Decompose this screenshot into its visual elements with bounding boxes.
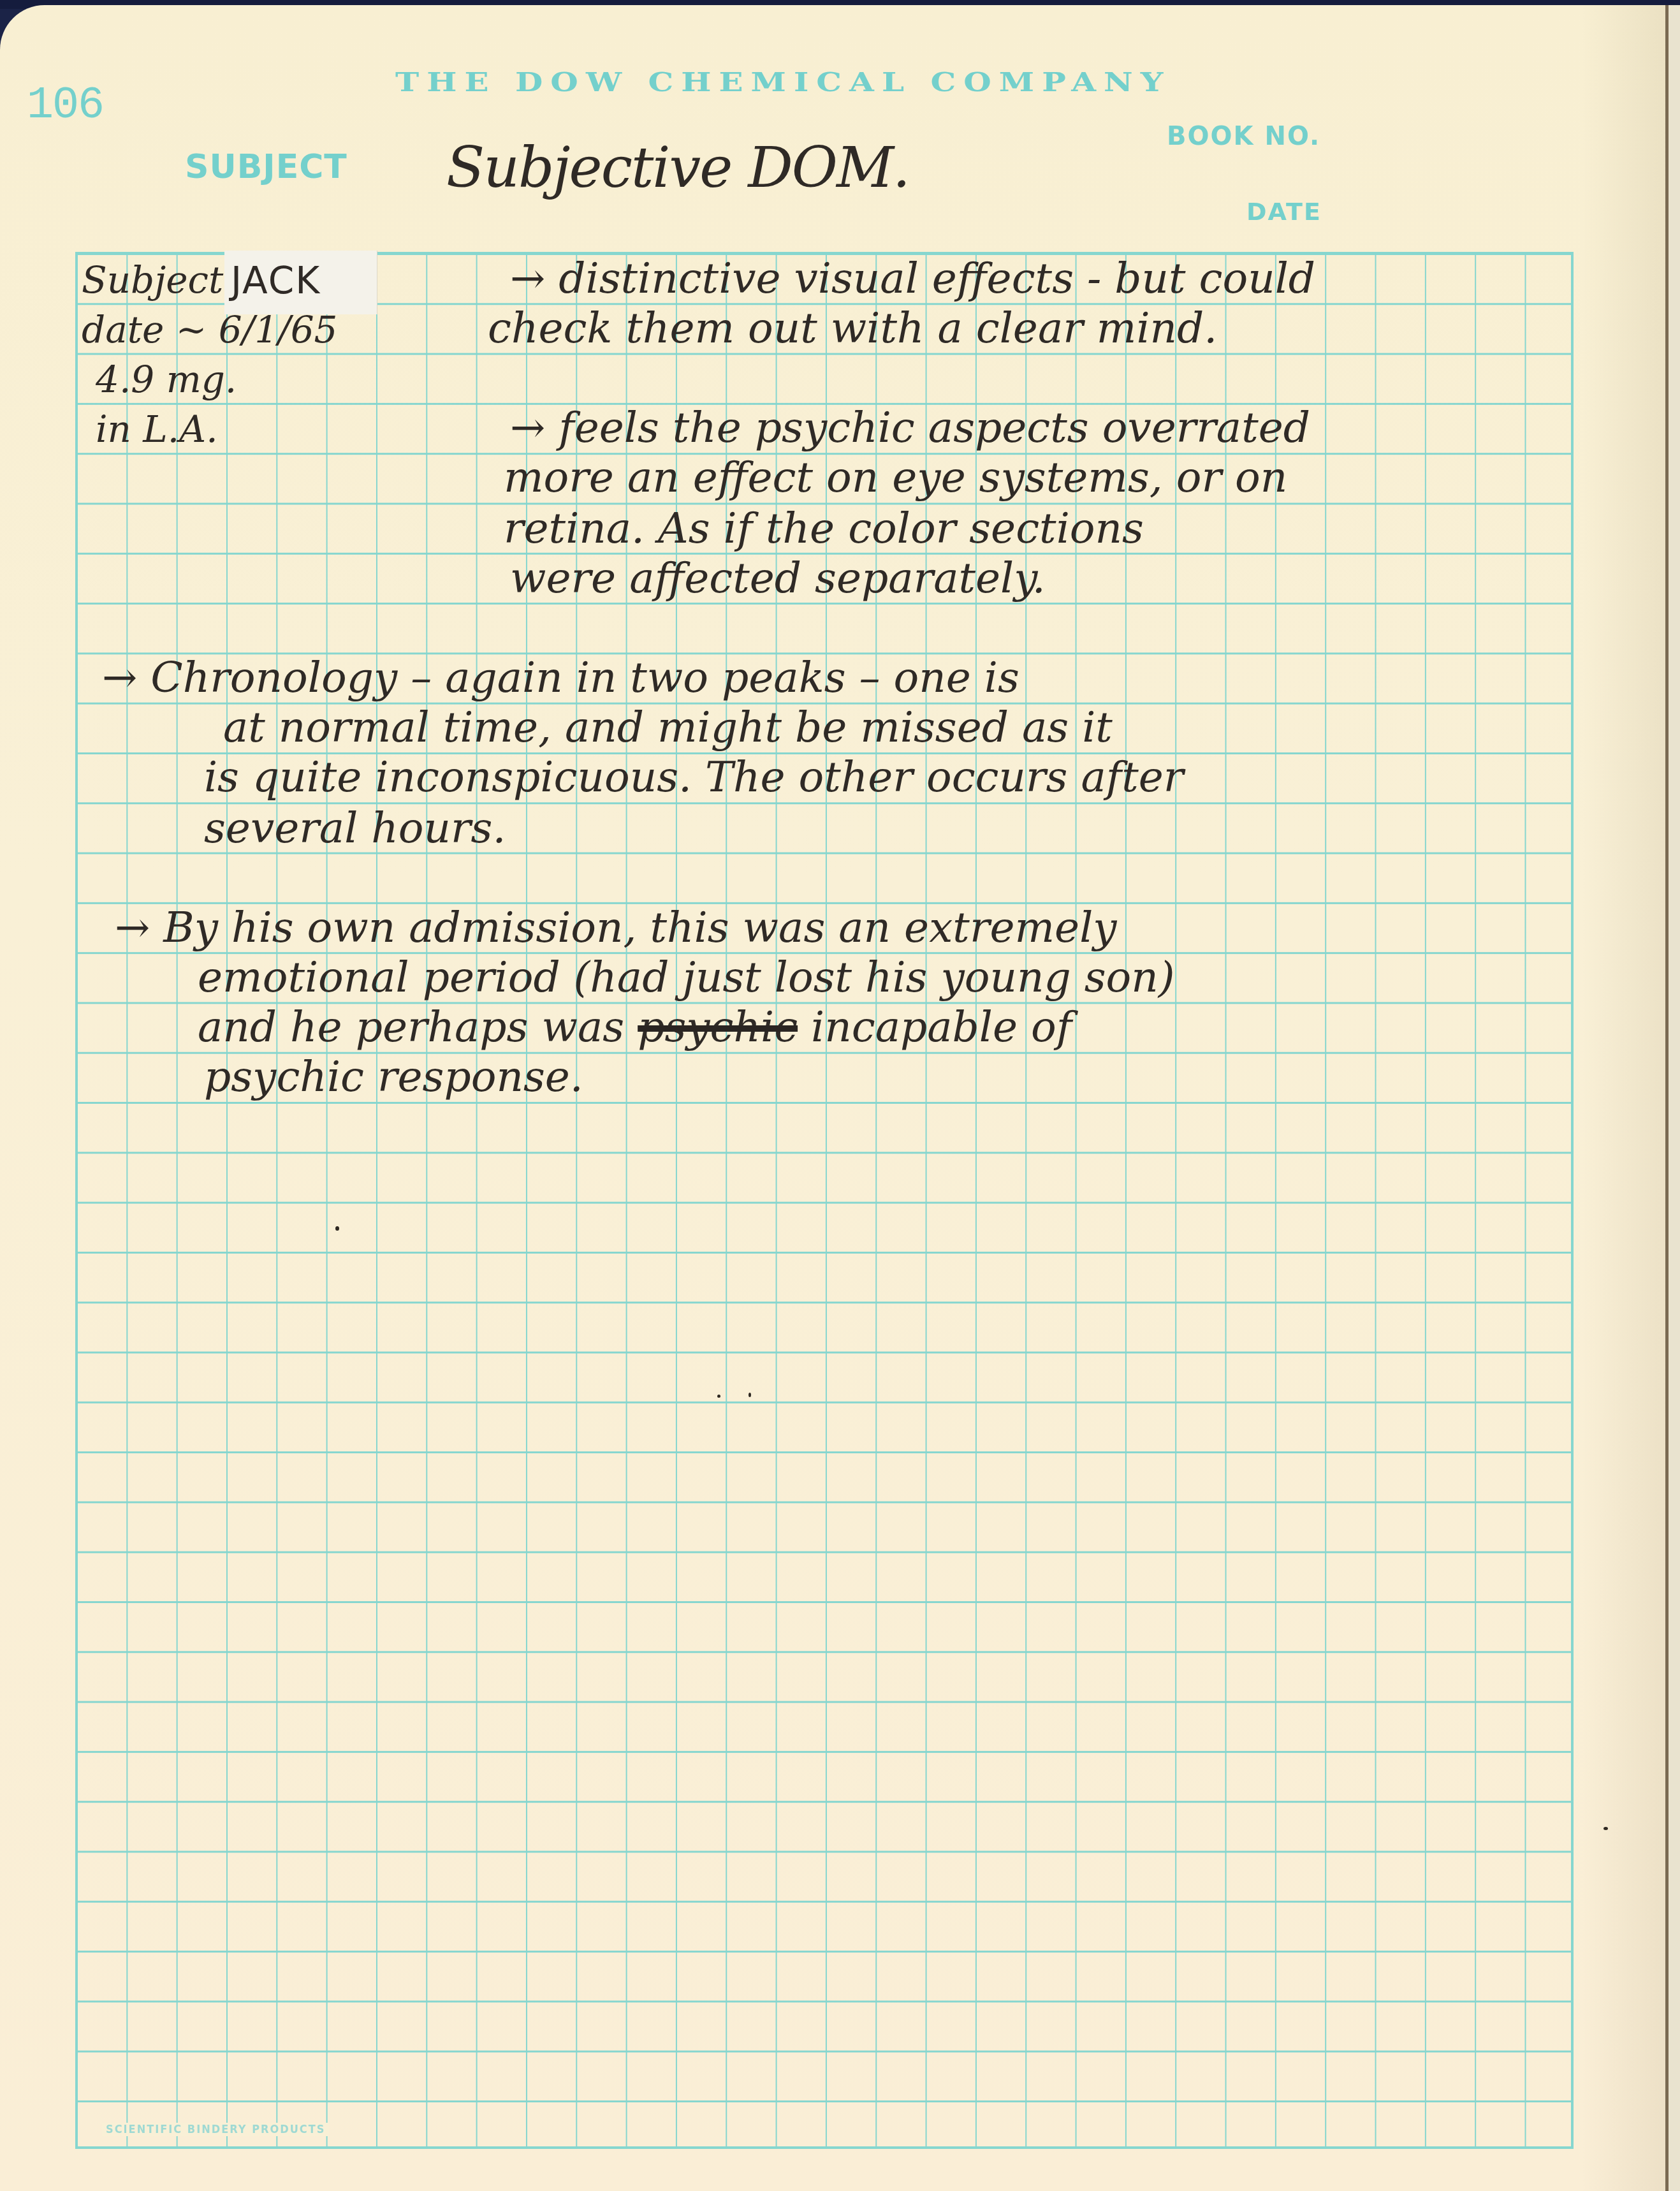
underlying-pages [1669, 5, 1680, 2191]
note-3-line-2: at normal time, and might be missed as i… [223, 703, 1113, 752]
note-1-line-2: check them out with a clear mind. [488, 304, 1217, 353]
ink-speck [335, 1226, 339, 1231]
footer-brand: SCIENTIFIC BINDERY PRODUCTS [102, 2123, 329, 2136]
subject-value-handwritten: Subjective DOM. [446, 133, 909, 203]
note-4-line-2: emotional period (had just lost his youn… [198, 953, 1175, 1002]
margin-location-line: in L.A. [96, 404, 218, 454]
note-1-line-1: → distinctive visual effects - but could [510, 254, 1315, 304]
note-4-line-1: → By his own admission, this was an extr… [115, 903, 1117, 953]
note-4-line-3-text: and he perhaps was [198, 1002, 624, 1052]
note-4-line-3: and he perhaps was psychic incapable of [198, 1002, 1072, 1052]
date-label: DATE [1246, 198, 1322, 225]
note-4-line-3-rest: incapable of [811, 1002, 1072, 1052]
note-2-line-1: → feels the psychic aspects overrated [510, 403, 1310, 453]
margin-date-line: date ~ 6/1/65 [82, 305, 338, 355]
subject-name: JACK [231, 258, 321, 303]
ink-speck [1603, 1827, 1608, 1830]
margin-dose-line: 4.9 mg. [96, 355, 237, 404]
note-2-line-3: retina. As if the color sections [504, 504, 1144, 553]
margin-subject-line: Subject [82, 255, 223, 305]
note-3-line-1: → Chronology – again in two peaks – one … [102, 653, 1019, 703]
ink-speck [749, 1393, 751, 1397]
page-gutter-shadow [1581, 5, 1665, 2191]
struck-out-word: psychic [638, 1002, 798, 1052]
ink-speck [717, 1395, 720, 1398]
note-3-line-4: several hours. [204, 803, 506, 853]
company-title: THE DOW CHEMICAL COMPANY [395, 69, 1250, 96]
note-3-line-3: is quite inconspicuous. The other occurs… [204, 752, 1183, 802]
subject-label: SUBJECT [185, 149, 347, 185]
note-2-line-2: more an effect on eye systems, or on [504, 453, 1287, 502]
note-4-line-4: psychic response. [204, 1052, 583, 1102]
note-2-line-4: were affected separately. [510, 553, 1046, 603]
book-number-label: BOOK NO. [1167, 122, 1320, 150]
page-number: 106 [27, 84, 103, 129]
